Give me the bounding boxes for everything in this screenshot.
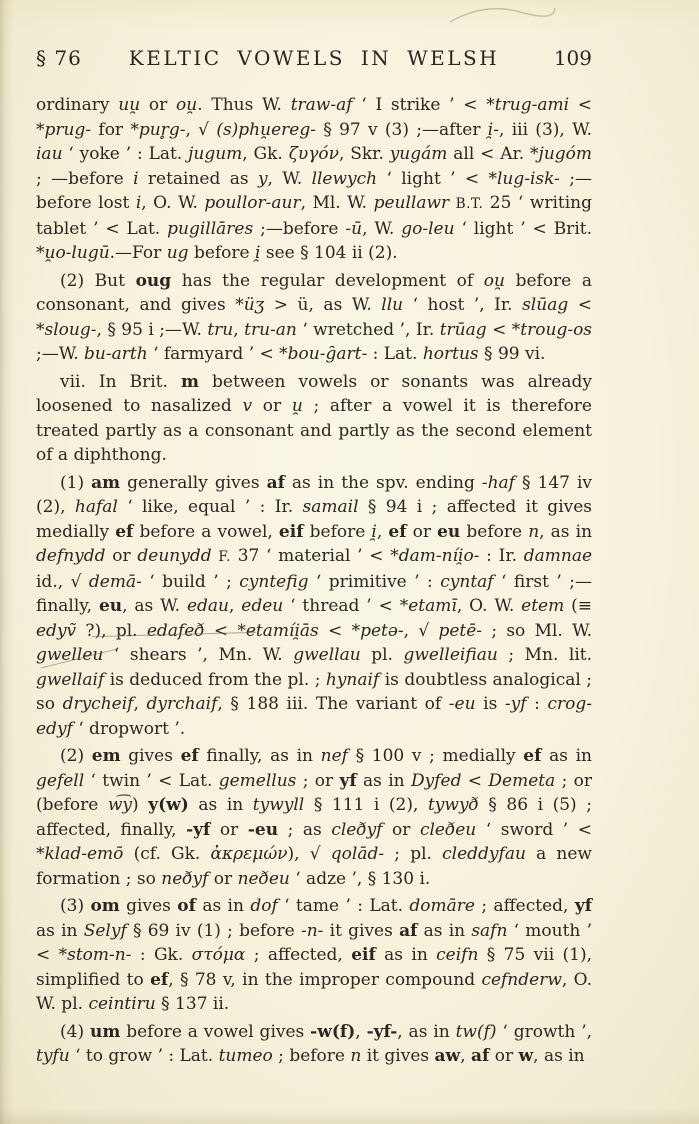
section-number: § 76 [36,46,126,70]
para-continuation-ug: ordinary uu̯ or ou̯. Thus W. traw-af ‘ I… [36,93,592,266]
scan-pencil-squiggle [440,0,560,30]
para-2-em: (2) em gives ef finally, as in nef § 100… [36,744,592,891]
para-vii-brit-m: vii. In Brit. m between vowels or sonant… [36,370,592,468]
para-4-um: (4) um before a vowel gives -w(f), -yf-,… [36,1020,592,1069]
page-number: 109 [502,46,592,70]
para-1-am: (1) am generally gives af as in the spv.… [36,471,592,742]
body-text: ordinary uu̯ or ou̯. Thus W. traw-af ‘ I… [36,93,592,1072]
para-2-oug: (2) But oug has the regular development … [36,269,592,367]
book-page-scan: § 76 KELTIC VOWELS IN WELSH 109 ordinary… [0,0,699,1124]
page-title: KELTIC VOWELS IN WELSH [126,46,502,70]
running-head: § 76 KELTIC VOWELS IN WELSH 109 [36,46,592,70]
para-3-om: (3) om gives of as in dof ‘ tame ’ : Lat… [36,894,592,1017]
